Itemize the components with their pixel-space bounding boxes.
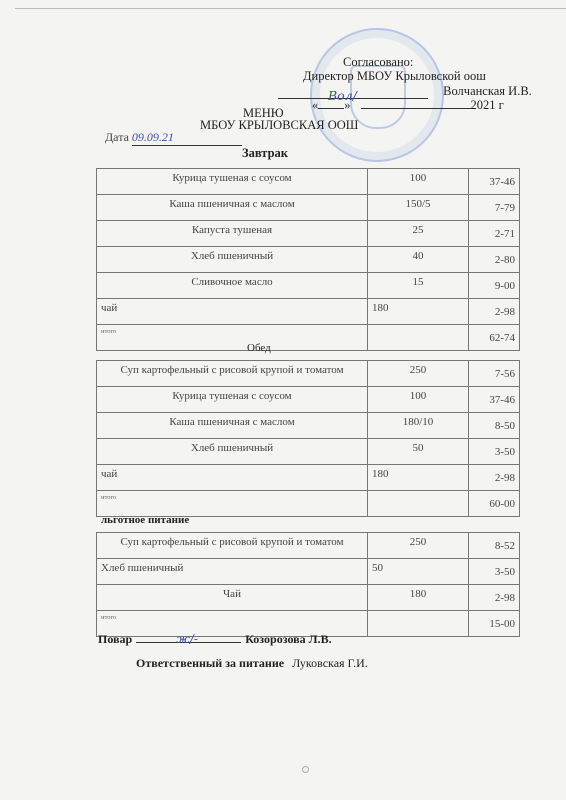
total-price: 62-74: [469, 325, 520, 351]
table-row: чай1802-98: [97, 299, 520, 325]
cook-signature: ж/-: [176, 632, 198, 646]
dish-name: Капуста тушеная: [97, 221, 368, 247]
dish-qty: 50: [368, 559, 469, 585]
dish-price: 2-80: [469, 247, 520, 273]
dish-qty: 250: [368, 533, 469, 559]
dish-qty: 40: [368, 247, 469, 273]
punch-mark: [302, 766, 309, 773]
dish-qty: 50: [368, 439, 469, 465]
table-row: Сливочное масло159-00: [97, 273, 520, 299]
total-qty: [368, 611, 469, 637]
total-qty: [368, 325, 469, 351]
dish-price: 2-98: [469, 299, 520, 325]
dish-name: Чай: [97, 585, 368, 611]
benefit-table: Суп картофельный с рисовой крупой и тома…: [96, 532, 520, 637]
quote-close: »: [344, 98, 350, 112]
dish-qty: 150/5: [368, 195, 469, 221]
responsible-line: Ответственный за питаниеЛуковская Г.И.: [136, 656, 368, 671]
dish-price: 3-50: [469, 559, 520, 585]
dish-name: чай: [97, 465, 368, 491]
cook-name: Козорозова Л.В.: [245, 632, 331, 646]
date-label: Дата: [105, 130, 129, 144]
dish-name: чай: [97, 299, 368, 325]
dish-name: Суп картофельный с рисовой крупой и тома…: [97, 361, 368, 387]
dish-price: 7-79: [469, 195, 520, 221]
responsible-label: Ответственный за питание: [136, 656, 284, 670]
page-edge-line: [15, 8, 566, 9]
table-row: Хлеб пшеничный503-50: [97, 439, 520, 465]
dish-name: Сливочное масло: [97, 273, 368, 299]
table-row: Суп картофельный с рисовой крупой и тома…: [97, 361, 520, 387]
table-row: Курица тушеная с соусом10037-46: [97, 169, 520, 195]
table-row: Каша пшеничная с маслом150/57-79: [97, 195, 520, 221]
dish-qty: 180: [368, 465, 469, 491]
table-row: Чай1802-98: [97, 585, 520, 611]
table-row: чай1802-98: [97, 465, 520, 491]
breakfast-table: Курица тушеная с соусом10037-46 Каша пше…: [96, 168, 520, 351]
lunch-table: Суп картофельный с рисовой крупой и тома…: [96, 360, 520, 517]
dish-name: Хлеб пшеничный: [97, 439, 368, 465]
total-row: итого62-74: [97, 325, 520, 351]
dish-price: 3-50: [469, 439, 520, 465]
dish-price: 2-98: [469, 465, 520, 491]
dish-name: Хлеб пшеничный: [97, 559, 368, 585]
director-name: Волчанская И.В.: [443, 84, 532, 98]
table-row: Хлеб пшеничный503-50: [97, 559, 520, 585]
dish-price: 8-52: [469, 533, 520, 559]
dish-price: 37-46: [469, 169, 520, 195]
dish-qty: 15: [368, 273, 469, 299]
dish-qty: 25: [368, 221, 469, 247]
cook-label: Повар: [98, 632, 132, 646]
cook-line: Поварж/-Козорозова Л.В.: [98, 632, 332, 647]
dish-qty: 180/10: [368, 413, 469, 439]
dish-price: 2-98: [469, 585, 520, 611]
dish-price: 9-00: [469, 273, 520, 299]
total-label: итого: [97, 325, 368, 351]
date-line: Дата 09.09.21: [105, 130, 242, 146]
approval-heading: Согласовано:: [343, 55, 413, 70]
dish-qty: 180: [368, 299, 469, 325]
day-blank: [318, 98, 344, 109]
dish-qty: 250: [368, 361, 469, 387]
dish-qty: 100: [368, 387, 469, 413]
approval-signature-line: Вол/ Волчанская И.В.: [278, 84, 532, 99]
dish-qty: 100: [368, 169, 469, 195]
table-row: Каша пшеничная с маслом180/108-50: [97, 413, 520, 439]
total-row: итого60-00: [97, 491, 520, 517]
dish-name: Каша пшеничная с маслом: [97, 195, 368, 221]
date-value: 09.09.21: [132, 130, 242, 146]
dish-qty: 180: [368, 585, 469, 611]
table-row: Хлеб пшеничный402-80: [97, 247, 520, 273]
dish-name: Каша пшеничная с маслом: [97, 413, 368, 439]
table-row: Капуста тушеная252-71: [97, 221, 520, 247]
dish-price: 7-56: [469, 361, 520, 387]
total-price: 60-00: [469, 491, 520, 517]
month-blank: [361, 98, 471, 109]
breakfast-heading: Завтрак: [242, 146, 288, 161]
benefit-heading: льготное питание: [101, 514, 189, 526]
dish-name: Курица тушеная с соусом: [97, 169, 368, 195]
approval-year: 2021 г: [471, 98, 504, 112]
dish-name: Хлеб пшеничный: [97, 247, 368, 273]
total-price: 15-00: [469, 611, 520, 637]
approval-position: Директор МБОУ Крыловской оош: [303, 69, 486, 84]
approval-date-line: «»2021 г: [312, 98, 504, 113]
dish-name: Курица тушеная с соусом: [97, 387, 368, 413]
total-label: итого: [97, 491, 368, 517]
dish-name: Суп картофельный с рисовой крупой и тома…: [97, 533, 368, 559]
dish-price: 37-46: [469, 387, 520, 413]
dish-price: 8-50: [469, 413, 520, 439]
table-row: Курица тушеная с соусом10037-46: [97, 387, 520, 413]
lunch-heading: Обед: [247, 342, 271, 354]
total-qty: [368, 491, 469, 517]
responsible-name: Луковская Г.И.: [292, 656, 368, 670]
dish-price: 2-71: [469, 221, 520, 247]
table-row: Суп картофельный с рисовой крупой и тома…: [97, 533, 520, 559]
